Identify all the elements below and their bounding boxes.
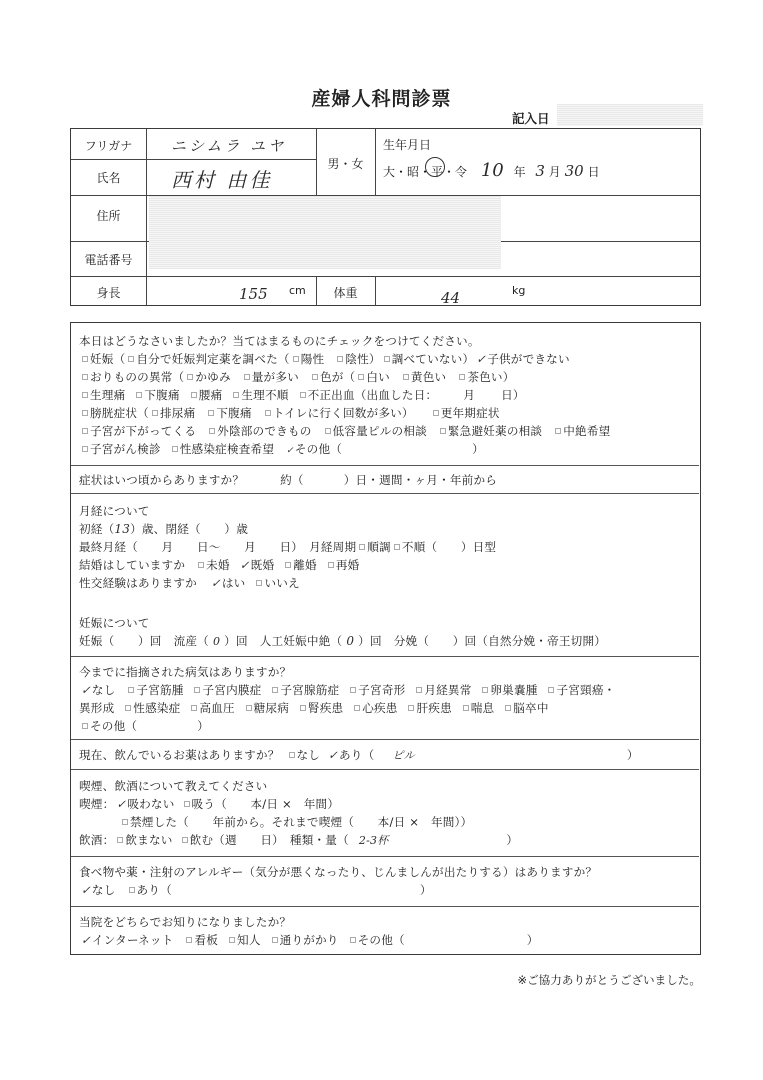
lmp-label: 最終月経（ 月 日～ 月 日） 月経周期 xyxy=(79,540,356,554)
opt-label: 下腹痛 xyxy=(216,406,251,420)
opt-label: 白い xyxy=(366,370,390,384)
opt-label: 生理痛 xyxy=(90,388,125,402)
divider xyxy=(375,276,376,306)
dob-month[interactable]: 3 xyxy=(535,162,545,180)
checkbox-amount[interactable] xyxy=(244,374,250,380)
menses-row-4: 性交経験はありますか✓はいいいえ xyxy=(79,575,300,591)
divider xyxy=(501,241,700,242)
opt-label: 子宮奇形 xyxy=(358,683,405,697)
miscarriage-unit: ）回 xyxy=(224,634,248,648)
checkbox-negative[interactable] xyxy=(337,356,343,362)
opt-label: 自分で妊娠判定薬を調べた（ xyxy=(136,352,289,366)
checkmark-icon[interactable]: ✓ xyxy=(211,576,221,590)
opt-label: 妊娠（ xyxy=(90,352,125,366)
opt-label: あり（ xyxy=(137,883,172,897)
checkbox-history[interactable] xyxy=(194,687,200,693)
history-question: 今までに指摘された病気はありますか？ xyxy=(79,664,291,680)
checkmark-icon[interactable]: ✓ xyxy=(240,558,250,572)
referral-question: 当院をどちらでお知りになりましたか？ xyxy=(79,914,291,930)
referral-row: ✓インターネット看板知人通りがかりその他（） xyxy=(79,932,539,948)
opt-label: 調べていない） xyxy=(392,352,475,366)
height-label: 身長 xyxy=(71,284,146,301)
checkbox-color[interactable] xyxy=(312,374,318,380)
checkbox-menopause[interactable] xyxy=(433,410,439,416)
onset-question: 症状はいつ頃からありますか？ xyxy=(79,473,244,487)
thanks-note: ※ご協力ありがとうございました。 xyxy=(517,972,701,988)
opt-label: 看板 xyxy=(194,933,218,947)
opt-label-none: なし xyxy=(92,883,116,897)
opt-label: 通りがかり xyxy=(280,933,339,947)
checkbox-history[interactable] xyxy=(246,705,252,711)
opt-label: 飲む（週 日） 種類・量（ xyxy=(190,833,349,847)
opt-label: その他（ xyxy=(90,719,137,733)
opt-label: 生理不順 xyxy=(241,388,288,402)
height-value[interactable]: 155 xyxy=(239,285,268,303)
opt-label: 不順（ ）日型 xyxy=(402,540,496,554)
checkbox-pregnancy[interactable] xyxy=(82,356,88,362)
checkbox-lower-abd-2[interactable] xyxy=(208,410,214,416)
checkbox-irregular-cycle[interactable] xyxy=(394,544,400,550)
checkbox-dysuria[interactable] xyxy=(152,410,158,416)
paren-close: ） xyxy=(527,933,539,947)
name-value[interactable]: 西村 由佳 xyxy=(171,164,272,193)
opt-label: 陽性 xyxy=(301,352,325,366)
checkmark-icon[interactable]: ✓ xyxy=(286,446,294,456)
opt-label: 腎疾患 xyxy=(308,701,343,715)
drink-label: 飲酒： xyxy=(79,833,114,847)
reason-row-1: 妊娠（自分で妊娠判定薬を調べた（陽性陰性）調べていない）✓子供ができない xyxy=(79,351,570,367)
checkbox-positive[interactable] xyxy=(293,356,299,362)
divider xyxy=(71,465,699,466)
opt-label: その他（ xyxy=(358,933,405,947)
checkbox-discharge[interactable] xyxy=(82,374,88,380)
miscarriage-label: 流産（ xyxy=(174,634,209,648)
pregnancy-heading: 妊娠について xyxy=(79,615,150,631)
checkbox-white[interactable] xyxy=(358,374,364,380)
checkbox-lower-abd[interactable] xyxy=(136,392,142,398)
opt-label: 卵巣嚢腫 xyxy=(490,683,537,697)
reason-row-6: 子宮がん検診性感染症検査希望✓その他（） xyxy=(79,441,484,457)
checkbox-history-other[interactable] xyxy=(82,723,88,729)
divider xyxy=(71,276,700,277)
opt-label: 高血圧 xyxy=(199,701,234,715)
habits-heading: 喫煙、飲酒について教えてください xyxy=(79,778,267,794)
checkbox-no-drink[interactable] xyxy=(117,837,123,843)
smoking-row: 喫煙：✓吸わない吸う（ 本/日 × 年間） xyxy=(79,796,339,812)
checkbox-history[interactable] xyxy=(463,705,469,711)
month-unit: 月 xyxy=(549,165,561,179)
checkbox-passing[interactable] xyxy=(272,937,278,943)
reason-question: 本日はどうなさいましたか？当てはまるものにチェックをつけてください。 xyxy=(79,333,480,349)
menopause-age: ）歳、閉経（ ）歳 xyxy=(130,522,248,536)
opt-label: 月 xyxy=(463,388,475,402)
checkmark-icon[interactable]: ✓ xyxy=(81,933,91,947)
checkbox-referral-other[interactable] xyxy=(350,937,356,943)
divider xyxy=(71,906,699,907)
checkbox-smoke[interactable] xyxy=(184,801,190,807)
reason-row-2: おりものの異常（かゆみ量が多い色が（白い黄色い茶色い） xyxy=(79,369,515,385)
pregnancy-row: 妊娠（ ）回流産（0）回人工妊娠中絶（0）回分娩（ ）回（自然分娩・帝王切開） xyxy=(79,633,606,649)
dob-label: 生年月日 xyxy=(383,136,431,153)
opt-label: 知人 xyxy=(237,933,261,947)
sex-options[interactable]: 男・女 xyxy=(316,155,375,172)
menses-heading: 月経について xyxy=(79,503,150,519)
delivery: 分娩（ ）回（自然分娩・帝王切開） xyxy=(394,634,606,648)
opt-label: 色が（ xyxy=(320,370,355,384)
paren-close: ） xyxy=(420,883,432,897)
opt-label: 性感染症 xyxy=(133,701,180,715)
year-unit: 年 xyxy=(514,165,526,179)
opt-label: 心疾患 xyxy=(362,701,397,715)
opt-label-infertility: 子供ができない xyxy=(487,352,570,366)
checkbox-remarried[interactable] xyxy=(328,562,334,568)
checkbox-med-none[interactable] xyxy=(289,752,295,758)
gravida: 妊娠（ ）回 xyxy=(79,634,162,648)
checkbox-not-tested[interactable] xyxy=(384,356,390,362)
paren-close: ） xyxy=(506,833,518,847)
address-label: 住所 xyxy=(71,207,146,224)
entry-date-label: 記入日 xyxy=(512,109,550,127)
checkbox-cancer-screen[interactable] xyxy=(82,446,88,452)
checkbox-history[interactable] xyxy=(300,705,306,711)
opt-label: 子宮腺筋症 xyxy=(280,683,339,697)
address-phone-redacted xyxy=(149,196,501,269)
abortion-label: 人工妊娠中絶（ xyxy=(260,634,343,648)
opt-label: 順調 xyxy=(367,540,391,554)
checkbox-history[interactable] xyxy=(191,705,197,711)
checkmark-icon[interactable]: ✓ xyxy=(476,352,486,366)
onset-row: 症状はいつ頃からありますか？約（）日・週間・ヶ月・年前から xyxy=(79,472,497,488)
name-label: 氏名 xyxy=(71,169,146,186)
checkbox-regular[interactable] xyxy=(359,544,365,550)
quit-row: 禁煙した（ 年前から。それまで喫煙（ 本/日 × 年間）） xyxy=(119,814,472,830)
opt-label: 更年期症状 xyxy=(441,406,500,420)
history-row-3: その他（） xyxy=(79,718,209,734)
patient-info-table: フリガナ ニシムラ ユヤ 氏名 西村 由佳 男・女 生年月日 大・昭・平・令 1… xyxy=(70,128,701,306)
onset-about: 約（ xyxy=(280,473,304,487)
checkmark-icon[interactable]: ✓ xyxy=(81,683,91,697)
opt-label: 緊急避妊薬の相談 xyxy=(448,424,542,438)
opt-label: 喘息 xyxy=(471,701,495,715)
checkbox-emergency[interactable] xyxy=(440,428,446,434)
checkbox-selftest[interactable] xyxy=(128,356,134,362)
checkbox-bladder[interactable] xyxy=(82,410,88,416)
opt-label: 下腹痛 xyxy=(144,388,179,402)
miscarriage-value[interactable]: 0 xyxy=(213,635,220,648)
paren-close: ） xyxy=(472,442,484,456)
medication-question: 現在、飲んでいるお薬はありますか？ xyxy=(79,748,280,762)
opt-label: 禁煙した（ 年前から。それまで喫煙（ 本/日 × 年間）） xyxy=(130,815,472,829)
opt-label: 外陰部のできもの xyxy=(217,424,311,438)
checkbox-brown[interactable] xyxy=(459,374,465,380)
opt-label: 中絶希望 xyxy=(563,424,610,438)
checkbox-std-test[interactable] xyxy=(172,446,178,452)
opt-label-none: なし xyxy=(92,683,116,697)
checkbox-prolapse[interactable] xyxy=(82,428,88,434)
checkbox-history[interactable] xyxy=(408,705,414,711)
opt-label: 子宮内膜症 xyxy=(202,683,261,697)
weight-value[interactable]: 44 xyxy=(441,289,460,307)
era-selected-circle xyxy=(425,157,445,177)
married-question: 結婚はしていますか xyxy=(79,558,185,572)
opt-label: 脳卒中 xyxy=(513,701,548,715)
opt-label: 茶色い） xyxy=(467,370,514,384)
checkbox-history[interactable] xyxy=(350,687,356,693)
height-unit: cm xyxy=(289,284,306,297)
checkbox-history[interactable] xyxy=(482,687,488,693)
medication-row: 現在、飲んでいるお薬はありますか？なし✓あり（ピル） xyxy=(79,747,639,763)
opt-label-yes: あり（ xyxy=(339,748,374,762)
opt-label: 未婚 xyxy=(206,558,230,572)
medication-value[interactable]: ピル xyxy=(392,749,414,762)
checkbox-yellow[interactable] xyxy=(403,374,409,380)
checkbox-quit[interactable] xyxy=(122,819,128,825)
opt-label: 陰性） xyxy=(345,352,380,366)
drink-value[interactable]: 2-3杯 xyxy=(359,834,389,847)
allergy-row: ✓なしあり（） xyxy=(79,882,432,898)
opt-label-no-smoke: 吸わない xyxy=(127,797,174,811)
opt-label: 糖尿病 xyxy=(254,701,289,715)
opt-label-yes: はい xyxy=(222,576,246,590)
opt-label: 量が多い xyxy=(252,370,299,384)
menses-row-1: 初経（13）歳、閉経（ ）歳 xyxy=(79,521,248,537)
checkbox-bleeding[interactable] xyxy=(300,392,306,398)
divider xyxy=(71,656,699,657)
checkbox-history[interactable] xyxy=(128,687,134,693)
reason-row-5: 子宮が下がってくる外陰部のできもの低容量ピルの相談緊急避妊薬の相談中絶希望 xyxy=(79,423,610,439)
furigana-label: フリガナ xyxy=(71,137,146,154)
checkbox-acquaintance[interactable] xyxy=(229,937,235,943)
opt-label-internet: インターネット xyxy=(92,933,174,947)
opt-label-other: その他（ xyxy=(295,442,342,456)
reason-row-3: 生理痛下腹痛腰痛生理不順不正出血（出血した日：月日） xyxy=(79,387,525,403)
opt-label: 子宮筋腫 xyxy=(136,683,183,697)
checkmark-icon[interactable]: ✓ xyxy=(116,797,126,811)
divider xyxy=(71,856,699,857)
paren-close: ） xyxy=(197,719,209,733)
divider xyxy=(71,493,699,494)
questionnaire: 本日はどうなさいましたか？当てはまるものにチェックをつけてください。 妊娠（自分… xyxy=(70,322,701,955)
menarche-value[interactable]: 13 xyxy=(114,522,130,536)
opt-label: なし xyxy=(297,748,321,762)
opt-label: 不正出血（出血した日： xyxy=(308,388,438,402)
checkbox-back[interactable] xyxy=(191,392,197,398)
opt-label: 異形成 xyxy=(79,701,114,715)
abortion-value[interactable]: 0 xyxy=(346,634,354,648)
checkbox-history[interactable] xyxy=(272,687,278,693)
paren-close: ） xyxy=(627,748,639,762)
opt-label: 排尿痛 xyxy=(160,406,195,420)
menses-row-2: 最終月経（ 月 日～ 月 日） 月経周期順調不順（ ）日型 xyxy=(79,539,496,555)
checkbox-single[interactable] xyxy=(198,562,204,568)
opt-label: おりものの異常（ xyxy=(90,370,184,384)
weight-label: 体重 xyxy=(316,284,375,301)
menarche-label: 初経（ xyxy=(79,522,114,536)
checkbox-frequency[interactable] xyxy=(265,410,271,416)
onset-units[interactable]: ）日・週間・ヶ月・年前から xyxy=(344,473,497,487)
history-row-1: ✓なし 子宮筋腫 子宮内膜症 子宮腺筋症 子宮奇形 月経異常 卵巣嚢腫 子宮頸癌… xyxy=(79,682,615,698)
opt-label: かゆみ xyxy=(195,370,230,384)
opt-label: 子宮頸癌・ xyxy=(556,683,615,697)
opt-label: 腰痛 xyxy=(199,388,223,402)
opt-label: 飲まない xyxy=(125,833,172,847)
checkbox-irregular[interactable] xyxy=(233,392,239,398)
day-unit: 日 xyxy=(588,165,600,179)
checkbox-cramps[interactable] xyxy=(82,392,88,398)
checkbox-abortion[interactable] xyxy=(555,428,561,434)
opt-label: 肝疾患 xyxy=(416,701,451,715)
opt-label: トイレに行く回数が多い） xyxy=(273,406,414,420)
checkbox-itch[interactable] xyxy=(187,374,193,380)
opt-label: 月経異常 xyxy=(424,683,471,697)
opt-label: 子宮がん検診 xyxy=(90,442,161,456)
opt-label: 性感染症検査希望 xyxy=(180,442,274,456)
divider xyxy=(146,129,147,305)
checkbox-vulva[interactable] xyxy=(209,428,215,434)
opt-label: 子宮が下がってくる xyxy=(90,424,196,438)
menses-row-3: 結婚はしていますか未婚✓既婚離婚再婚 xyxy=(79,557,359,573)
allergy-question: 食べ物や薬・注射のアレルギー（気分が悪くなったり、じんましんが出たりする）はあり… xyxy=(79,864,597,880)
dob-year[interactable]: 10 xyxy=(481,160,504,181)
abortion-unit: ）回 xyxy=(358,634,382,648)
opt-label: 膀胱症状（ xyxy=(90,406,149,420)
opt-label: 日） xyxy=(501,388,525,402)
opt-label: 黄色い xyxy=(411,370,446,384)
checkbox-signboard[interactable] xyxy=(186,937,192,943)
dob-day[interactable]: 30 xyxy=(565,162,584,180)
divider xyxy=(71,739,699,740)
checkbox-history[interactable] xyxy=(416,687,422,693)
sex-question: 性交経験はありますか xyxy=(79,576,197,590)
divider xyxy=(71,241,149,242)
checkbox-history[interactable] xyxy=(354,705,360,711)
checkbox-drink[interactable] xyxy=(182,837,188,843)
checkbox-divorced[interactable] xyxy=(285,562,291,568)
smoke-label: 喫煙： xyxy=(79,797,114,811)
furigana-value[interactable]: ニシムラ ユヤ xyxy=(171,135,286,156)
entry-date-redacted xyxy=(557,104,703,126)
divider xyxy=(71,769,699,770)
checkbox-history[interactable] xyxy=(125,705,131,711)
checkmark-icon[interactable]: ✓ xyxy=(328,748,338,762)
divider xyxy=(71,159,316,160)
checkbox-no[interactable] xyxy=(256,580,262,586)
divider xyxy=(375,129,376,196)
opt-label: いいえ xyxy=(264,576,299,590)
opt-label-married: 既婚 xyxy=(251,558,275,572)
opt-label: 低容量ピルの相談 xyxy=(333,424,427,438)
phone-label: 電話番号 xyxy=(71,251,146,268)
reason-row-4: 膀胱症状（排尿痛下腹痛トイレに行く回数が多い）更年期症状 xyxy=(79,405,500,421)
weight-unit: kg xyxy=(512,284,525,297)
drinking-row: 飲酒：飲まない飲む（週 日） 種類・量（2-3杯） xyxy=(79,832,518,848)
checkbox-allergy-yes[interactable] xyxy=(129,887,135,893)
checkbox-history[interactable] xyxy=(548,687,554,693)
checkbox-pill[interactable] xyxy=(325,428,331,434)
opt-label: 再婚 xyxy=(336,558,360,572)
checkbox-history[interactable] xyxy=(505,705,511,711)
history-row-2: 異形成 性感染症 高血圧 糖尿病 腎疾患 心疾患 肝疾患 喘息 脳卒中 xyxy=(79,700,549,716)
opt-label: 離婚 xyxy=(293,558,317,572)
dob-row: 大・昭・平・令 10 年 3 月 30 日 xyxy=(383,160,600,181)
checkmark-icon[interactable]: ✓ xyxy=(81,883,91,897)
opt-label: 吸う（ 本/日 × 年間） xyxy=(192,797,340,811)
